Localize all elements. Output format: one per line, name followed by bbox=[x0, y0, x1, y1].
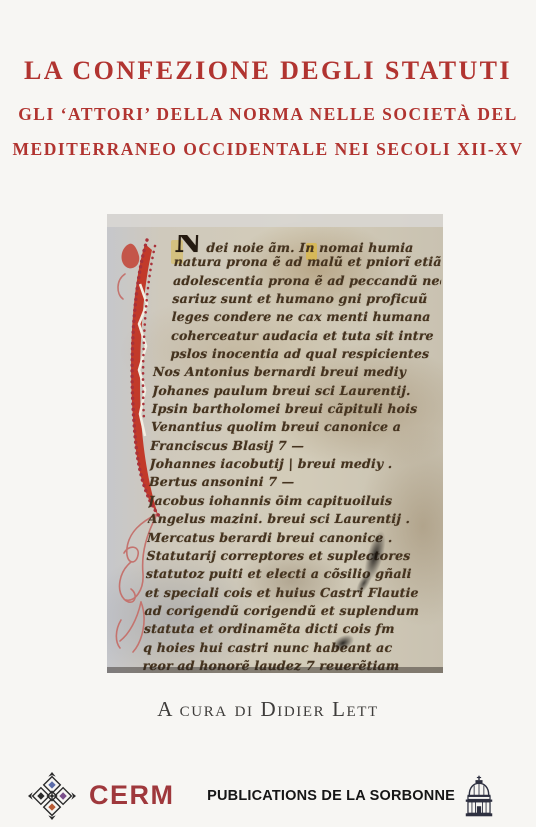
manuscript-photo-bottom-edge bbox=[107, 667, 443, 673]
manuscript-line: leges condere ne cax menti humana bbox=[154, 308, 440, 326]
book-cover: LA CONFEZIONE DEGLI STATUTI GLI ‘ATTORI’… bbox=[0, 0, 536, 827]
manuscript-line: pslos inocentia ad qual respicientes bbox=[153, 345, 439, 363]
manuscript-line: Mercatus berardi breui canonice . bbox=[147, 529, 433, 547]
book-subtitle-line-2: MEDITERRANEO OCCIDENTALE NEI SECOLI XII-… bbox=[0, 132, 536, 167]
cerm-logo-group: CERM bbox=[28, 771, 175, 821]
title-block: LA CONFEZIONE DEGLI STATUTI GLI ‘ATTORI’… bbox=[0, 56, 536, 167]
publisher-footer: CERM PUBLICATIONS DE LA SORBONNE bbox=[0, 764, 536, 827]
sorbonne-building-icon bbox=[464, 773, 494, 819]
manuscript-line: Venantius quolim breui canonice a bbox=[151, 418, 437, 436]
manuscript-photo: N dei noie ãm. In nomai humianatura pron… bbox=[107, 214, 443, 673]
manuscript-line: q hoies hui castri nunc habeant ac bbox=[143, 639, 429, 657]
manuscript-line: natura prona ẽ ad malũ et pniorĩ etiã bbox=[156, 253, 442, 271]
manuscript-line: adolescentia prona ẽ ad peccandũ necs bbox=[156, 272, 442, 290]
manuscript-line: coherceatur audacia et tuta sit intre bbox=[154, 327, 440, 345]
cerm-knot-logo-icon bbox=[28, 771, 76, 821]
manuscript-line: ad corigendũ corigendũ et suplendum bbox=[144, 602, 430, 620]
manuscript-line: statutoz puiti et electi a cõsilio gñali bbox=[146, 565, 432, 583]
manuscript-line: Johanes paulum breui sci Laurentij. bbox=[152, 382, 438, 400]
manuscript-line: Bertus ansonini 7 — bbox=[149, 473, 435, 491]
manuscript-line: Jacobus iohannis ōim capituoiluis bbox=[148, 492, 434, 510]
publisher-label: PUBLICATIONS DE LA SORBONNE bbox=[207, 788, 455, 804]
editor-credit: A cura di Didier Lett bbox=[0, 697, 536, 722]
manuscript-line: Angelus mazini. breui sci Laurentij . bbox=[147, 510, 433, 528]
manuscript-line: Franciscus Blasij 7 — bbox=[150, 437, 436, 455]
manuscript-line: sariuz sunt et humano gni proficuũ bbox=[155, 290, 441, 308]
manuscript-line: et speciali cois et huius Castri Flautie bbox=[145, 584, 431, 602]
manuscript-line: statuta et ordinamẽta dicti cois fm bbox=[144, 620, 430, 638]
manuscript-line: N dei noie ãm. In nomai humia bbox=[157, 235, 443, 253]
manuscript-text: N dei noie ãm. In nomai humianatura pron… bbox=[142, 235, 442, 673]
cerm-label: CERM bbox=[89, 780, 175, 811]
manuscript-line: Johannes iacobutij | breui mediy . bbox=[149, 455, 435, 473]
manuscript-line: Statutarij correptores et suplectores bbox=[146, 547, 432, 565]
manuscript-line: Nos Antonius bernardi breui mediy bbox=[153, 363, 439, 381]
book-subtitle-line-1: GLI ‘ATTORI’ DELLA NORMA NELLE SOCIETÀ D… bbox=[0, 97, 536, 132]
manuscript-line: Ipsin bartholomei breui cãpituli hois bbox=[151, 400, 437, 418]
publisher-group: PUBLICATIONS DE LA SORBONNE bbox=[207, 773, 494, 819]
book-title: LA CONFEZIONE DEGLI STATUTI bbox=[0, 56, 536, 86]
